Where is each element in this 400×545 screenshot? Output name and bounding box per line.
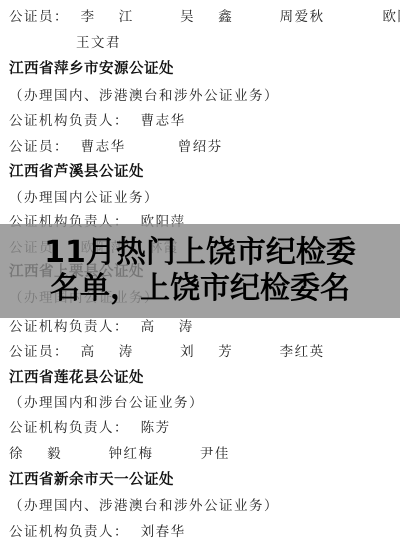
- office-heading: 江西省萍乡市安源公证处: [9, 60, 174, 78]
- notary-list-line: 王文君: [76, 34, 121, 52]
- notary-list-line: 公证员： 曹志华 曾绍芬: [9, 138, 223, 156]
- office-head-line: 公证机构负责人： 曹志华: [9, 112, 186, 130]
- title-overlay-banner: 11月热门上饶市纪检委 名单，上饶市纪检委名: [0, 224, 400, 318]
- office-heading: 江西省新余市天一公证处: [9, 471, 174, 489]
- office-heading: 江西省芦溪县公证处: [9, 163, 144, 181]
- article-title: 11月热门上饶市纪检委 名单，上饶市纪检委名: [0, 224, 400, 318]
- notary-list-line: 公证员： 李 江 吴 鑫 周爱秋 欧阳君颖: [9, 8, 400, 26]
- office-head-line: 公证机构负责人： 刘春华: [9, 523, 186, 541]
- office-head-line: 公证机构负责人： 陈芳: [9, 419, 171, 437]
- business-scope: （办理国内公证业务）: [9, 189, 159, 207]
- business-scope: （办理国内和涉台公证业务）: [9, 394, 204, 412]
- business-scope: （办理国内、涉港澳台和涉外公证业务）: [9, 87, 279, 105]
- office-head-line: 公证机构负责人： 高 涛: [9, 318, 194, 336]
- article-title-line-1: 11月热门上饶市纪检委: [44, 235, 356, 271]
- business-scope: （办理国内、涉港澳台和涉外公证业务）: [9, 497, 279, 515]
- notary-list-line: 徐 毅 钟红梅 尹佳: [9, 445, 230, 463]
- notary-list-line: 公证员： 高 涛 刘 芳 李红英: [9, 343, 325, 361]
- article-title-line-2: 名单，上饶市纪检委名: [50, 271, 350, 307]
- office-heading: 江西省莲花县公证处: [9, 369, 144, 387]
